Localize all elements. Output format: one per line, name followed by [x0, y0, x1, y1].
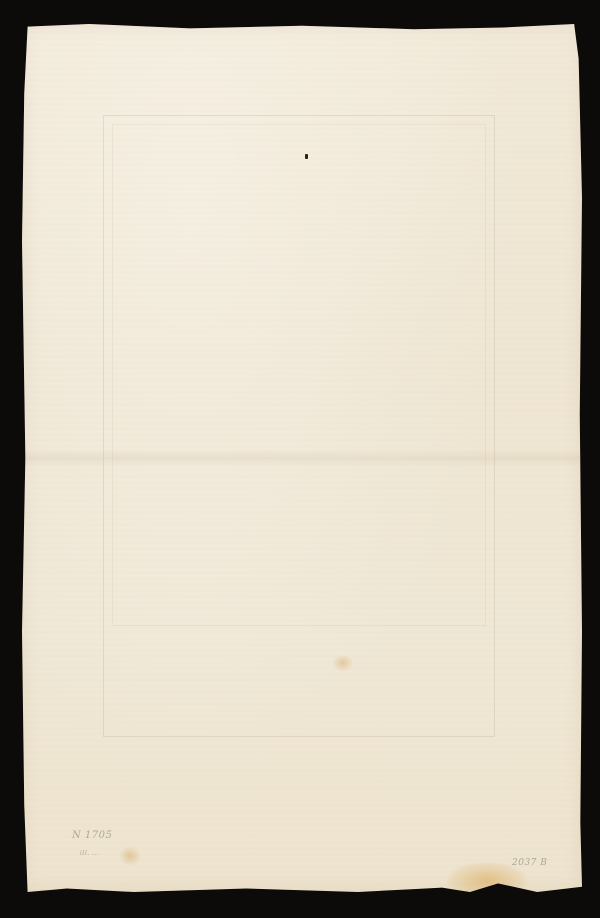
pencil-sub-note: ill. ... — [80, 850, 99, 857]
pencil-inventory-number: N 1705 — [72, 830, 112, 841]
show-through-image-outline — [112, 124, 486, 626]
foxing-stain — [332, 654, 354, 672]
paper-sheet: N 1705 ill. ... 2037 B — [22, 24, 582, 892]
ink-speck — [305, 154, 308, 159]
pencil-catalog-number: 2037 B — [512, 858, 547, 868]
foxing-stain — [119, 846, 141, 866]
